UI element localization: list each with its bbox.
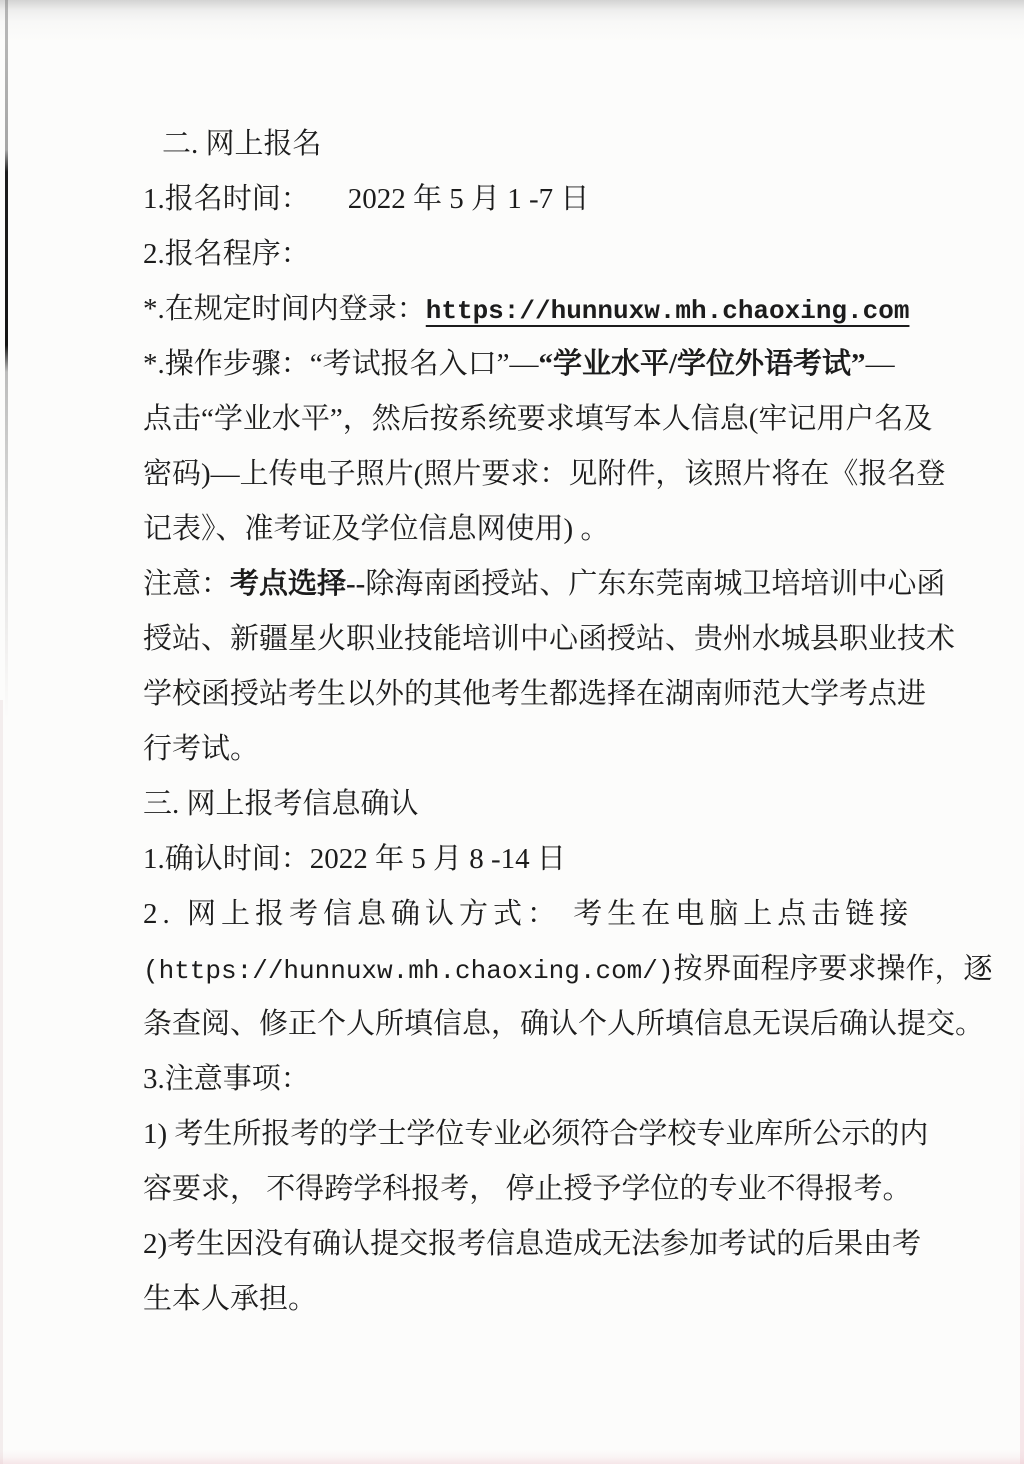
steps-line-seg: —	[866, 348, 895, 380]
section-2-heading: 二. 网上报名	[143, 117, 891, 172]
note-2-line-2-seg: 生本人承担。	[143, 1283, 317, 1315]
section-2-heading-seg: 二. 网上报名	[162, 128, 322, 160]
steps-line-2: 点击“学业水平”，然后按系统要求填写本人信息(牢记用户名及	[143, 392, 891, 447]
note-2-line-1: 2)考生因没有确认提交报考信息造成无法参加考试的后果由考	[143, 1217, 891, 1272]
note-2-line-2: 生本人承担。	[143, 1272, 891, 1327]
section-3-heading-seg: 三. 网上报考信息确认	[143, 788, 419, 820]
confirm-method-line: 2. 网上报考信息确认方式： 考生在电脑上点击链接	[143, 887, 891, 942]
login-line: *.在规定时间内登录：https://hunnuxw.mh.chaoxing.c…	[143, 282, 891, 337]
note-1-line-1: 1) 考生所报考的学士学位专业必须符合学校专业库所公示的内	[143, 1107, 891, 1162]
notice-line-1-seg: 考点选择--	[230, 568, 365, 600]
steps-line-seg: “学业水平/学位外语考试”	[539, 348, 866, 380]
notice-line-2: 授站、新疆星火职业技能培训中心函授站、贵州水城县职业技术	[143, 612, 891, 667]
note-1-line-1-seg: 1) 考生所报考的学士学位专业必须符合学校专业库所公示的内	[143, 1118, 928, 1150]
steps-line-3-seg: 密码)—上传电子照片(照片要求：见附件，该照片将在《报名登	[143, 458, 945, 490]
steps-line-4: 记表》、准考证及学位信息网使用) 。	[143, 502, 891, 557]
confirm-method-line-3: 条查阅、修正个人所填信息，确认个人所填信息无误后确认提交。	[143, 997, 891, 1052]
steps-line-4-seg: 记表》、准考证及学位信息网使用) 。	[143, 513, 609, 545]
confirm-method-line-3-seg: 条查阅、修正个人所填信息，确认个人所填信息无误后确认提交。	[143, 1008, 984, 1040]
notice-line-1-seg: 注意：	[143, 568, 230, 600]
scan-edge-right-faint	[1020, 1050, 1024, 1464]
confirm-method-line-seg: 2. 网上报考信息确认方式： 考生在电脑上点击链接	[143, 898, 913, 930]
steps-line-seg: *.操作步骤：“考试报名入口”—	[143, 348, 539, 380]
reg-time-line-seg: 2022 年 5 月 1 -7 日	[348, 183, 590, 215]
confirm-method-line-2-seg: (https://hunnuxw.mh.chaoxing.com/)	[143, 956, 674, 986]
confirm-method-line-2: (https://hunnuxw.mh.chaoxing.com/)按界面程序要…	[143, 942, 891, 997]
scan-edge-bottom-shadow	[0, 1450, 1024, 1464]
notice-line-1: 注意：考点选择--除海南函授站、广东东莞南城卫培培训中心函	[143, 557, 891, 612]
notice-line-2-seg: 授站、新疆星火职业技能培训中心函授站、贵州水城县职业技术	[143, 623, 955, 655]
note-1-line-2-seg: 容要求， 不得跨学科报考， 停止授予学位的专业不得报考。	[143, 1173, 912, 1205]
note-2-line-1-seg: 2)考生因没有确认提交报考信息造成无法参加考试的后果由考	[143, 1228, 921, 1260]
scan-edge-left-line	[5, 0, 8, 720]
notice-line-1-seg: 除海南函授站、广东东莞南城卫培培训中心函	[365, 568, 945, 600]
notice-line-3: 学校函授站考生以外的其他考生都选择在湖南师范大学考点进	[143, 667, 891, 722]
confirm-time-line: 1.确认时间：2022 年 5 月 8 -14 日	[143, 832, 891, 887]
notice-line-4-seg: 行考试。	[143, 733, 259, 765]
scan-edge-top-shadow	[0, 0, 1024, 42]
login-line-seg: https://hunnuxw.mh.chaoxing.com	[426, 296, 910, 326]
scan-edge-left-faint	[0, 700, 3, 1464]
note-1-line-2: 容要求， 不得跨学科报考， 停止授予学位的专业不得报考。	[143, 1162, 891, 1217]
steps-line: *.操作步骤：“考试报名入口”—“学业水平/学位外语考试”—	[143, 337, 891, 392]
notes-heading-seg: 3.注意事项：	[143, 1063, 310, 1095]
reg-time-line: 1.报名时间：2022 年 5 月 1 -7 日	[143, 172, 891, 227]
notes-heading: 3.注意事项：	[143, 1052, 891, 1107]
reg-procedure-heading: 2.报名程序：	[143, 227, 891, 282]
steps-line-3: 密码)—上传电子照片(照片要求：见附件，该照片将在《报名登	[143, 447, 891, 502]
reg-time-line-seg: 1.报名时间：	[143, 183, 310, 215]
confirm-method-line-2-seg: 按界面程序要求操作，逐	[674, 953, 993, 985]
reg-procedure-heading-seg: 2.报名程序：	[143, 238, 310, 270]
notice-line-3-seg: 学校函授站考生以外的其他考生都选择在湖南师范大学考点进	[143, 678, 926, 710]
steps-line-2-seg: 点击“学业水平”，然后按系统要求填写本人信息(牢记用户名及	[143, 403, 932, 435]
login-line-seg: *.在规定时间内登录：	[143, 293, 426, 325]
section-3-heading: 三. 网上报考信息确认	[143, 777, 891, 832]
confirm-time-line-seg: 1.确认时间：2022 年 5 月 8 -14 日	[143, 843, 566, 875]
document-text-block: 二. 网上报名1.报名时间：2022 年 5 月 1 -7 日2.报名程序：*.…	[143, 117, 891, 1327]
notice-line-4: 行考试。	[143, 722, 891, 777]
scanned-document-page: 二. 网上报名1.报名时间：2022 年 5 月 1 -7 日2.报名程序：*.…	[0, 0, 1024, 1464]
